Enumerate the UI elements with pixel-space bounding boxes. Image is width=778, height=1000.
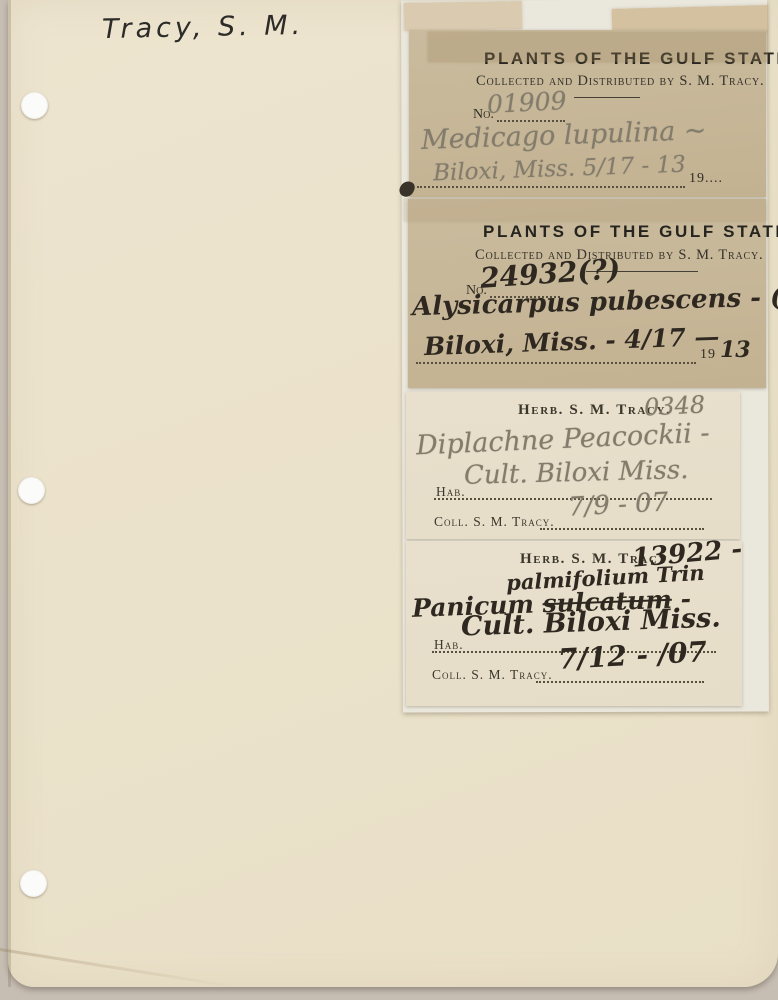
divider-rule [574, 97, 640, 98]
page-left-edge [8, 0, 11, 987]
hab-value: Cult. Biloxi Miss. [464, 455, 689, 491]
herbarium-label-gulf-2: PLANTS OF THE GULF STATES. Collected and… [408, 199, 766, 388]
species-name: Medicago lupulina ~ [421, 115, 707, 156]
dotted-line [536, 681, 704, 683]
dotted-line [417, 186, 685, 188]
locality-date: Biloxi, Miss. - 4/17 — [424, 322, 720, 361]
herbarium-label-herb-2: Herb. S. M. Tracy. 13922 - palmifolium T… [406, 541, 742, 706]
tape-strip [404, 199, 766, 221]
label-title: PLANTS OF THE GULF STATES. [483, 222, 778, 242]
punch-hole [20, 870, 47, 897]
dotted-line [416, 362, 696, 364]
year-printed: 19 [700, 347, 716, 363]
coll-label: Coll. S. M. Tracy. [434, 514, 555, 530]
punch-hole [18, 477, 45, 504]
herbarium-label-herb-1: Herb. S. M. Tracy. 0348 Diplachne Peacoc… [406, 392, 740, 539]
tape-strip [428, 32, 768, 62]
scanned-herbarium-page: { "page": { "handwritten_title": "Tracy,… [0, 0, 778, 1000]
locality-date: Biloxi, Miss. 5/17 - 13 [433, 152, 687, 187]
specimen-number: 0348 [643, 390, 705, 421]
coll-date: 7/9 - 07 [567, 487, 669, 522]
dotted-line [540, 528, 704, 530]
year-printed: 19.... [689, 171, 723, 187]
tape-strip [404, 1, 522, 31]
coll-label: Coll. S. M. Tracy. [432, 667, 553, 683]
handwritten-collector-name: Tracy, S. M. [102, 10, 305, 45]
specimen-number: 01909 [486, 86, 567, 119]
year-handwritten: 13 [720, 337, 751, 363]
punch-hole [21, 92, 48, 119]
coll-date: 7/12 - /07 [557, 635, 708, 676]
